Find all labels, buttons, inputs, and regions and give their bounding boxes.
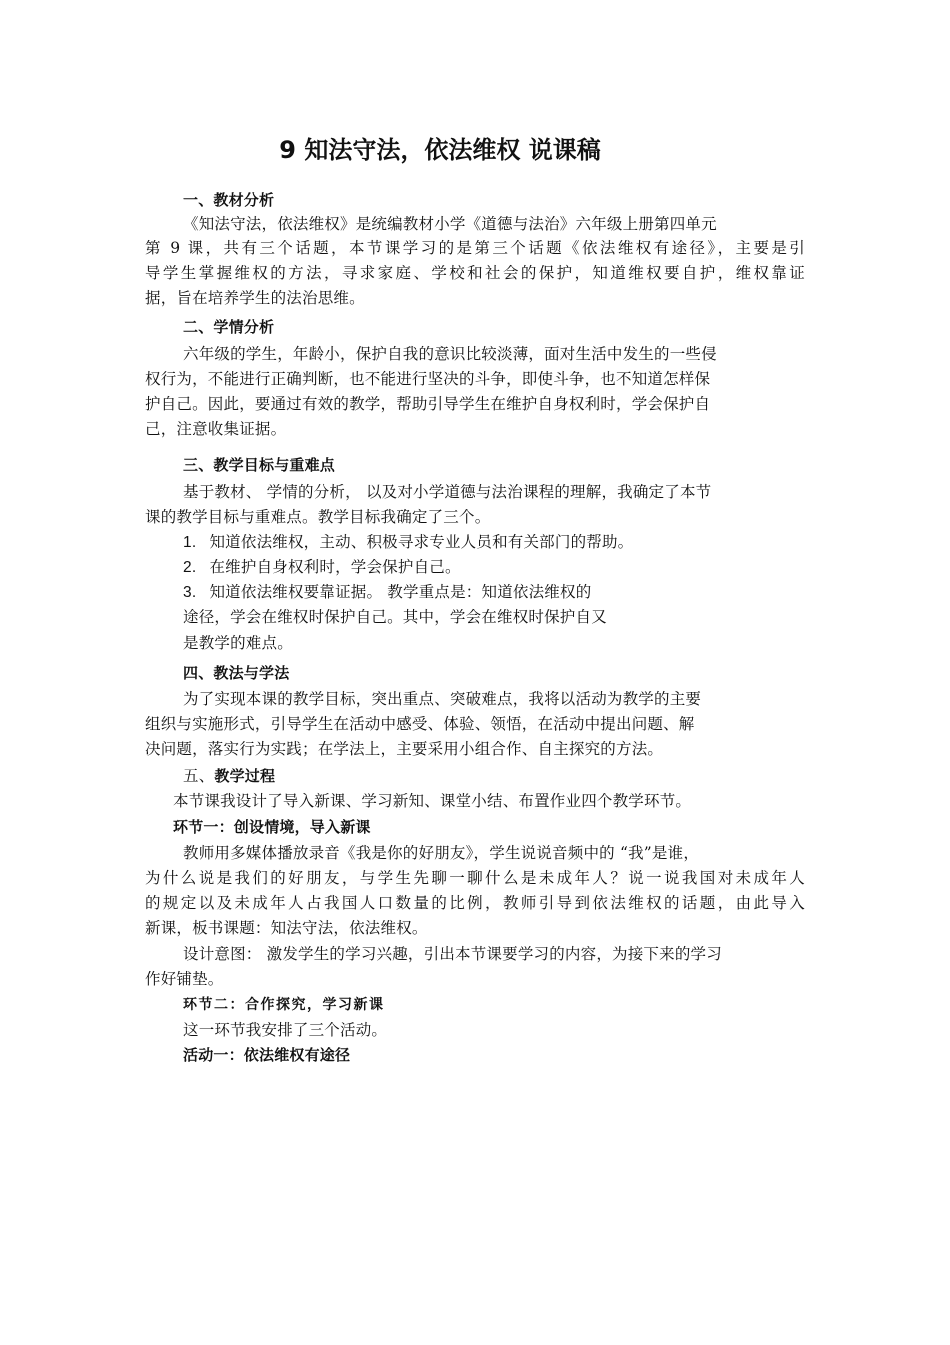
design-intent-line: 设计意图： 激发学生的学习兴趣，引出本节课要学习的内容，为接下来的学习 (183, 943, 722, 965)
paragraph-line: 本节课我设计了导入新课、学习新知、课堂小结、布置作业四个教学环节。 (173, 790, 691, 812)
paragraph-line: 途径，学会在维权时保护自己。其中，学会在维权时保护自又 (183, 606, 607, 628)
list-text: 知道依法维权，主动、积极寻求专业人员和有关部门的帮助。 (209, 533, 633, 551)
section-heading-text: 教学过程 (214, 767, 275, 785)
section-heading-3: 三、教学目标与重难点 (183, 454, 335, 476)
paragraph-line: 为了实现本课的教学目标，突出重点、突破难点，我将以活动为教学的主要 (183, 688, 701, 710)
paragraph-line: 权行为，不能进行正确判断，也不能进行坚决的斗争，即使斗争，也不知道怎样保 (145, 368, 710, 390)
paragraph-line: 决问题，落实行为实践；在学法上，主要采用小组合作、自主探究的方法。 (145, 738, 663, 760)
step-heading-1: 环节一：创设情境，导入新课 (173, 816, 371, 838)
list-number: 2. (183, 559, 196, 576)
document-title: 9 知法守法，依法维权 说课稿 (0, 130, 880, 165)
paragraph-line: 导学生掌握维权的方法，寻求家庭、学校和社会的保护，知道维权要自护，维权靠证 (145, 262, 805, 284)
paragraph-line: 护自己。因此，要通过有效的教学，帮助引导学生在维护自身权利时，学会保护自 (145, 393, 710, 415)
goal-list-item-1: 1. 知道依法维权，主动、积极寻求专业人员和有关部门的帮助。 (183, 531, 633, 554)
paragraph-line: 是教学的难点。 (183, 632, 293, 654)
paragraph-line: 组织与实施形式，引导学生在活动中感受、体验、领悟，在活动中提出问题、解 (145, 713, 695, 735)
paragraph-line: 教师用多媒体播放录音《我是你的好朋友》，学生说说音频中的 “我”是谁， (183, 842, 699, 864)
list-text: 在维护自身权利时，学会保护自己。 (209, 558, 460, 576)
step-heading-2: 环节二：合作探究，学习新课 (183, 994, 385, 1016)
section-heading-4: 四、教法与学法 (183, 662, 289, 684)
paragraph-line: 课的教学目标与重难点。教学目标我确定了三个。 (145, 506, 490, 528)
paragraph-line: 第 9 课，共有三个话题，本节课学习的是第三个话题《依法维权有途径》，主要是引 (145, 237, 805, 259)
paragraph-line: 《知法守法，依法维权》是统编教材小学《道德与法治》六年级上册第四单元 (183, 213, 717, 235)
paragraph-line: 据，旨在培养学生的法治思维。 (145, 287, 365, 309)
list-number: 1. (183, 534, 196, 551)
list-number: 3. (183, 584, 196, 601)
goal-list-item-3: 3. 知道依法维权要靠证据。 教学重点是：知道依法维权的 (183, 581, 591, 604)
paragraph-line: 这一环节我安排了三个活动。 (183, 1019, 387, 1041)
paragraph-line: 基于教材、 学情的分析， 以及对小学道德与法治课程的理解，我确定了本节 (183, 481, 711, 503)
activity-heading-1: 活动一：依法维权有途径 (183, 1044, 350, 1066)
section-heading-2: 二、学情分析 (183, 316, 274, 338)
paragraph-line: 六年级的学生，年龄小，保护自我的意识比较淡薄，面对生活中发生的一些侵 (183, 343, 717, 365)
section-heading-1: 一、教材分析 (183, 189, 274, 211)
document-page: 9 知法守法，依法维权 说课稿 一、教材分析 《知法守法，依法维权》是统编教材小… (0, 0, 950, 1345)
list-text: 知道依法维权要靠证据。 教学重点是：知道依法维权的 (209, 583, 591, 601)
paragraph-line: 己，注意收集证据。 (145, 418, 286, 440)
section-heading-prefix: 五、 (183, 767, 214, 785)
goal-list-item-2: 2. 在维护自身权利时，学会保护自己。 (183, 556, 461, 579)
paragraph-line: 为什么说是我们的好朋友，与学生先聊一聊什么是未成年人？说一说我国对未成年人 (145, 867, 805, 889)
paragraph-line: 新课，板书课题：知法守法，依法维权。 (145, 917, 428, 939)
design-intent-line: 作好铺垫。 (145, 968, 224, 990)
paragraph-line: 的规定以及未成年人占我国人口数量的比例，教师引导到依法维权的话题，由此导入 (145, 892, 805, 914)
section-heading-5: 五、教学过程 (183, 765, 275, 787)
